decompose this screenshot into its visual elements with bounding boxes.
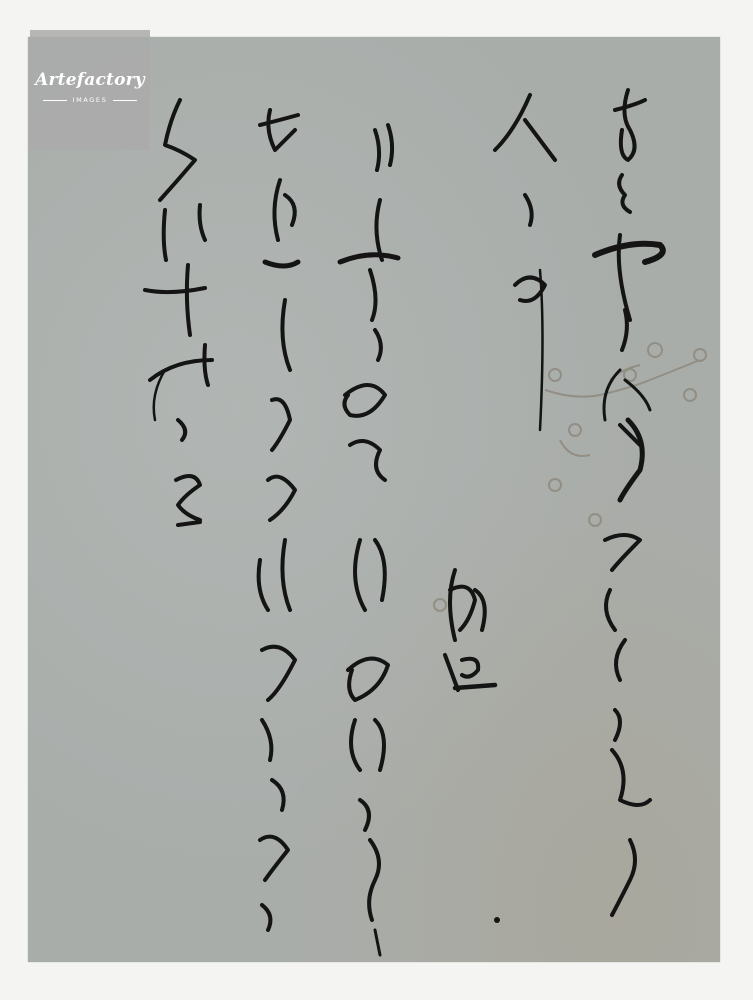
calligraphy-column-4 xyxy=(340,125,398,955)
calligraphy-column-3 xyxy=(445,570,495,690)
calligraphy-paper xyxy=(28,37,720,962)
watermark-rule-left xyxy=(43,100,67,101)
calligraphy-column-6 xyxy=(145,100,212,525)
calligraphy-column-1 xyxy=(595,90,663,915)
watermark: Artefactory IMAGES xyxy=(30,30,150,150)
calligraphy-column-2 xyxy=(495,95,555,430)
calligraphy-column-5 xyxy=(259,110,298,930)
watermark-subtitle: IMAGES xyxy=(73,96,108,104)
flower-decoration xyxy=(434,343,706,611)
watermark-subtitle-row: IMAGES xyxy=(30,96,150,104)
watermark-rule-right xyxy=(113,100,137,101)
calligraphy-strokes xyxy=(28,37,720,962)
ink-dot xyxy=(494,917,500,923)
watermark-title: Artefactory xyxy=(30,70,150,90)
